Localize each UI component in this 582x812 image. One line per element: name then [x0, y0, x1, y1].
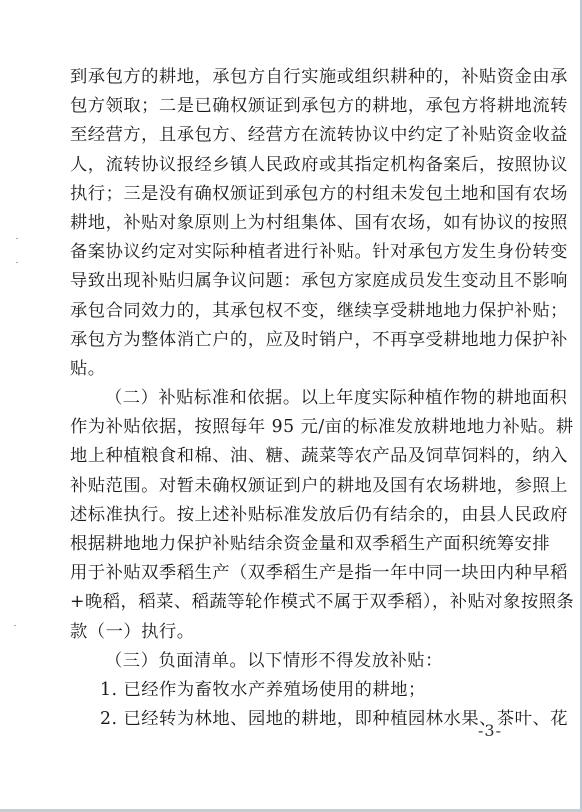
- text-line: 导致出现补贴归属争议问题：承包方家庭成员发生变动且不影响: [70, 267, 507, 296]
- document-page: 到承包方的耕地，承包方自行实施或组织耕种的，补贴资金由承 包方领取；二是已确权颁…: [0, 0, 582, 809]
- text-line: 根据耕地地力保护补贴结余资金量和双季稻生产面积统筹安排: [70, 530, 507, 559]
- text-line: 包方领取；二是已确权颁证到承包方的耕地，承包方将耕地流转: [70, 92, 507, 121]
- text-line: 用于补贴双季稻生产（双季稻生产是指一年中同一块田内种早稻: [70, 559, 507, 588]
- text-line: +晚稻，稻菜、稻蔬等轮作模式不属于双季稻），补贴对象按照条: [70, 588, 507, 617]
- page-number: -3-: [478, 721, 502, 740]
- text-line: 到承包方的耕地，承包方自行实施或组织耕种的，补贴资金由承: [70, 63, 507, 92]
- text-line: 地上种植粮食和棉、油、糖、蔬菜等农产品及饲草饲料的，纳入: [70, 442, 507, 471]
- text-line: 耕地，补贴对象原则上为村组集体、国有农场，如有协议的按照: [70, 209, 507, 238]
- text-line: 承包方为整体消亡户的，应及时销户，不再享受耕地地力保护补: [70, 326, 507, 355]
- list-item: 1. 已经作为畜牧水产养殖场使用的耕地；: [70, 676, 507, 705]
- text-line: 至经营方，且承包方、经营方在流转协议中约定了补贴资金收益: [70, 121, 507, 150]
- text-line: 述标准执行。按上述补贴标准发放后仍有结余的，由县人民政府: [70, 501, 507, 530]
- document-body: 到承包方的耕地，承包方自行实施或组织耕种的，补贴资金由承 包方领取；二是已确权颁…: [70, 63, 507, 734]
- text-line: 执行；三是没有确权颁证到承包方的村组未发包土地和国有农场: [70, 180, 507, 209]
- scan-speck: [14, 625, 16, 626]
- text-line: 贴。: [70, 355, 507, 384]
- text-line: 备案协议约定对实际种植者进行补贴。针对承包方发生身份转变: [70, 238, 507, 267]
- text-line: 作为补贴依据，按照每年 95 元/亩的标准发放耕地地力补贴。耕: [70, 413, 507, 442]
- text-line: 补贴范围。对暂未确权颁证到户的耕地及国有农场耕地，参照上: [70, 472, 507, 501]
- scan-speck: [16, 262, 18, 263]
- text-line: 承包合同效力的，其承包权不变，继续享受耕地地力保护补贴；: [70, 297, 507, 326]
- section-heading-line: （二）补贴标准和依据。以上年度实际种植作物的耕地面积: [70, 384, 507, 413]
- text-line: 款（一）执行。: [70, 618, 507, 647]
- list-item: 2. 已经转为林地、园地的耕地，即种植园林水果、茶叶、花: [70, 705, 507, 734]
- scan-speck: [16, 238, 18, 239]
- text-line: 人，流转协议报经乡镇人民政府或其指定机构备案后，按照协议: [70, 151, 507, 180]
- section-heading-line: （三）负面清单。以下情形不得发放补贴：: [70, 647, 507, 676]
